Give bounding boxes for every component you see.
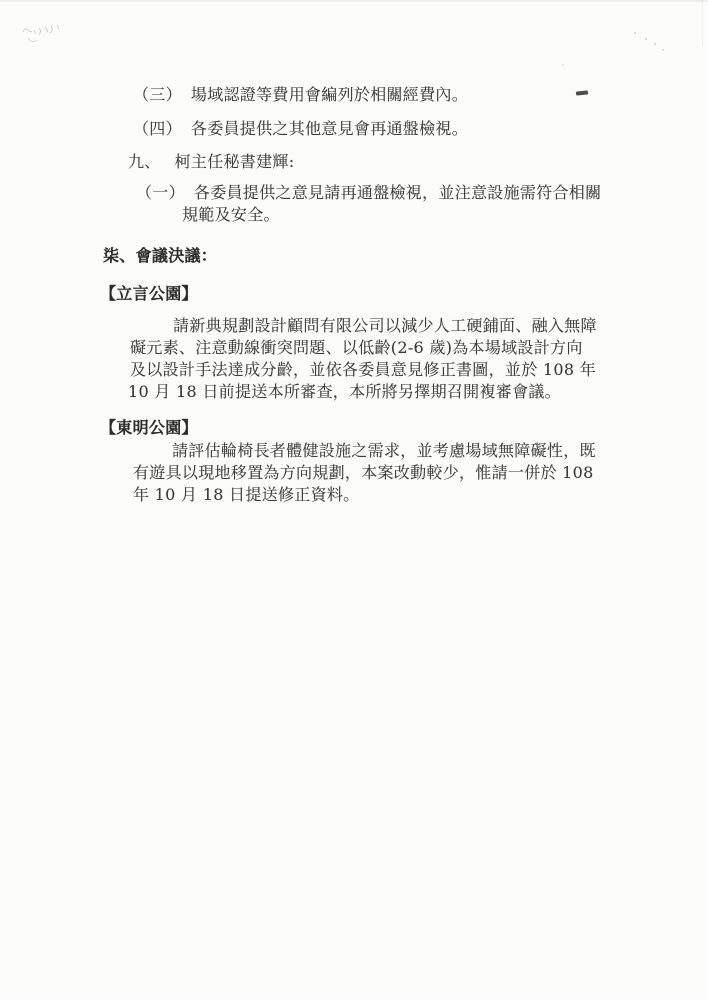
- item-text: 場域認證等費用會編列於相關經費內。: [191, 85, 468, 104]
- scan-speck: [662, 49, 664, 51]
- scan-speck: [645, 38, 647, 40]
- speaker-item-1-line-2: 規範及安全。: [182, 205, 280, 225]
- resolution-section-heading: 柒、會議決議：: [103, 246, 217, 266]
- item-number-label: （三）: [133, 85, 182, 104]
- park-2-heading: 【東明公園】: [100, 418, 198, 438]
- park-1-paragraph-line-4: 10 月 18 日前提送本所審查，本所將另擇期召開複審會議。: [128, 382, 561, 402]
- scan-edge-line: [702, 0, 703, 46]
- speaker-heading-9: 九、柯主任秘書建輝:: [128, 152, 294, 172]
- park-2-paragraph-line-2: 有遊具以現地移置為方向規劃，本案改動較少，惟請一併於 108: [133, 463, 594, 483]
- speaker-name: 柯主任秘書建輝:: [175, 152, 295, 171]
- agenda-item-3: （三）場域認證等費用會編列於相關經費內。: [133, 85, 468, 105]
- scan-speck: [654, 43, 656, 45]
- scan-speck: [562, 64, 564, 66]
- park-1-paragraph-line-2: 礙元素、注意動線衝突問題、以低齡(2-6 歲)為本場域設計方向: [130, 338, 583, 358]
- park-1-paragraph-line-1: 請新典規劃設計顧問有限公司以減少人工硬鋪面、融入無障: [173, 316, 597, 336]
- park-2-paragraph-line-1: 請評估輪椅長者體健設施之需求，並考慮場域無障礙性，既: [172, 441, 596, 461]
- park-1-heading: 【立言公園】: [100, 284, 198, 304]
- speaker-number-label: 九、: [128, 152, 161, 171]
- agenda-item-4: （四）各委員提供之其他意見會再通盤檢視。: [133, 119, 468, 139]
- item-text: 各委員提供之其他意見會再通盤檢視。: [191, 119, 468, 138]
- park-1-paragraph-line-3: 及以設計手法達成分齡，並依各委員意見修正書圖，並於 108 年: [130, 360, 596, 380]
- item-number-label: （四）: [133, 119, 182, 138]
- item-text: 各委員提供之意見請再通盤檢視，並注意設施需符合相關: [194, 183, 602, 202]
- pen-dash-mark: [576, 90, 588, 95]
- item-number-label: （一）: [136, 183, 185, 202]
- scanned-document-page: （三）場域認證等費用會編列於相關經費內。 （四）各委員提供之其他意見會再通盤檢視…: [0, 0, 708, 1000]
- scan-speck: [634, 32, 636, 34]
- speaker-item-1-line-1: （一）各委員提供之意見請再通盤檢視，並注意設施需符合相關: [136, 183, 601, 203]
- park-2-paragraph-line-3: 年 10 月 18 日提送修正資料。: [133, 485, 359, 505]
- handwritten-scribble-mark: [20, 22, 64, 50]
